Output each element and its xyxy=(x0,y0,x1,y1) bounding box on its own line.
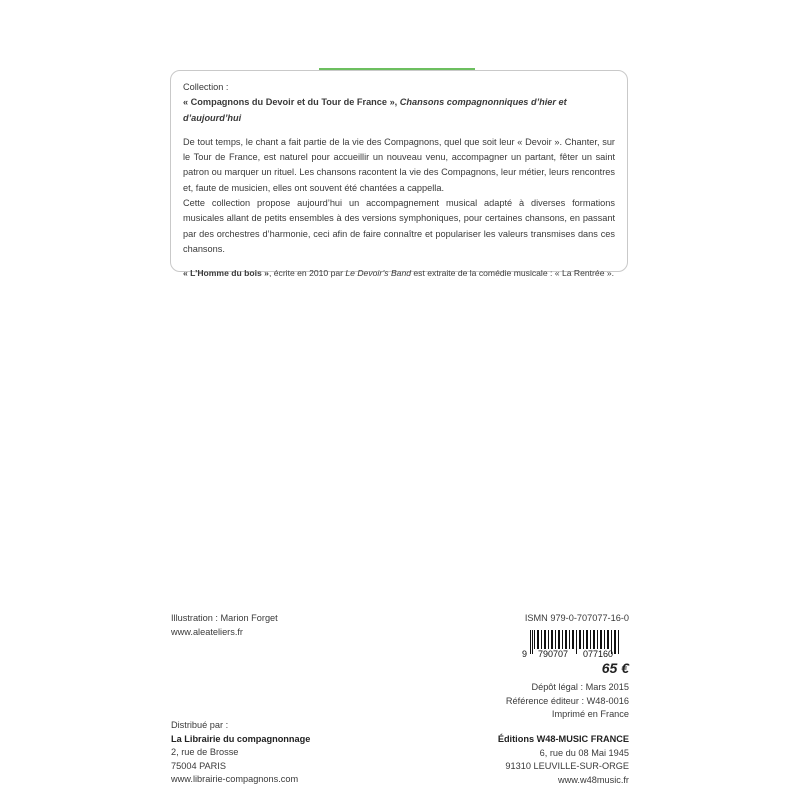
ismn-block: ISMN 979-0-707077-16-0 xyxy=(525,611,629,625)
intro-paragraph-1: De tout temps, le chant a fait partie de… xyxy=(183,135,615,196)
collection-title-main: « Compagnons du Devoir et du Tour de Fra… xyxy=(183,97,397,107)
distributor-label: Distribué par : xyxy=(171,719,310,733)
song-text: , écrite en 2010 par xyxy=(269,268,345,278)
song-source: est extraite de la comédie musicale : « … xyxy=(411,268,614,278)
band-name: Le Devoir’s Band xyxy=(345,268,411,278)
barcode-icon: 9790707077160 xyxy=(520,630,630,658)
song-title: « L’Homme du bois » xyxy=(183,268,269,278)
distributor-street: 2, rue de Brosse xyxy=(171,746,310,760)
song-note: « L’Homme du bois », écrite en 2010 par … xyxy=(183,266,615,281)
printed-in: Imprimé en France xyxy=(506,708,629,722)
barcode: 9790707077160 xyxy=(520,630,630,658)
publisher-website-link[interactable]: www.w48music.fr xyxy=(498,774,629,788)
distributor-name: La Librairie du compagnonnage xyxy=(171,733,310,747)
collection-label: Collection : xyxy=(183,80,615,95)
publisher-city: 91310 LEUVILLE-SUR-ORGE xyxy=(498,760,629,774)
svg-text:790707: 790707 xyxy=(538,649,568,658)
publisher-street: 6, rue du 08 Mai 1945 xyxy=(498,747,629,761)
svg-text:077160: 077160 xyxy=(583,649,613,658)
publisher-block: Éditions W48-MUSIC FRANCE 6, rue du 08 M… xyxy=(498,733,629,787)
legal-deposit: Dépôt légal : Mars 2015 xyxy=(506,681,629,695)
distributor-website-link[interactable]: www.librairie-compagnons.com xyxy=(171,773,310,787)
distributor-block: Distribué par : La Librairie du compagno… xyxy=(171,719,310,787)
intro-paragraph-2: Cette collection propose aujourd’hui un … xyxy=(183,196,615,257)
illustrator: Illustration : Marion Forget xyxy=(171,611,278,625)
svg-text:9: 9 xyxy=(522,649,527,658)
publisher-reference: Référence éditeur : W48-0016 xyxy=(506,695,629,709)
legal-info: Dépôt légal : Mars 2015 Référence éditeu… xyxy=(506,681,629,722)
distributor-city: 75004 PARIS xyxy=(171,760,310,774)
illustration-credit: Illustration : Marion Forget www.aleatel… xyxy=(171,611,278,639)
price: 65 € xyxy=(602,660,629,676)
publisher-name: Éditions W48-MUSIC FRANCE xyxy=(498,733,629,747)
collection-info-box: Collection : « Compagnons du Devoir et d… xyxy=(170,70,628,272)
collection-title: « Compagnons du Devoir et du Tour de Fra… xyxy=(183,95,615,126)
illustrator-website-link[interactable]: www.aleateliers.fr xyxy=(171,625,278,639)
ismn-number: ISMN 979-0-707077-16-0 xyxy=(525,611,629,625)
